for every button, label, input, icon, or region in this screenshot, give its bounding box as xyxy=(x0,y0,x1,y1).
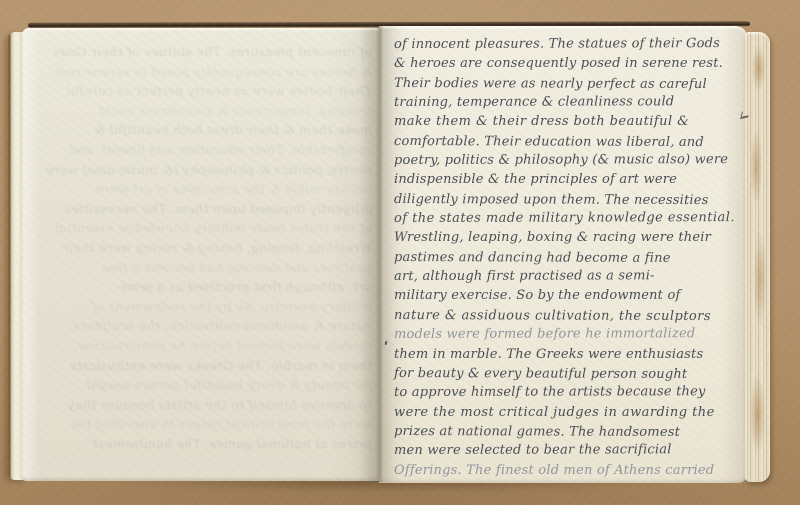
bleedthrough-line: diligently imposed upon them. The necess… xyxy=(46,199,372,219)
bleedthrough-line: of innocent pleasures. The statues of th… xyxy=(46,42,372,62)
handwritten-line: & heroes are consequently posed in seren… xyxy=(394,54,740,73)
bleedthrough-line: training, temperance & cleanliness could xyxy=(40,101,372,121)
handwritten-line: for beauty & every beautiful person soug… xyxy=(394,364,740,384)
handwritten-line: pastimes and dancing had become a fine xyxy=(394,248,740,268)
bleedthrough-line: to approve himself to the artists becaus… xyxy=(56,395,372,415)
bleedthrough-line: comfortable. Their education was liberal… xyxy=(34,140,372,160)
left-page: of innocent pleasures. The statues of th… xyxy=(22,28,379,481)
handwritten-line: Offerings. The finest old men of Athens … xyxy=(394,461,740,480)
handwritten-line: of innocent pleasures. The statues of th… xyxy=(394,34,740,54)
handwritten-line: military exercise. So by the endowment o… xyxy=(394,286,740,305)
handwritten-line: diligently imposed upon them. The necess… xyxy=(394,190,740,210)
handwritten-line: make them & their dress both beautiful & xyxy=(394,112,740,131)
bleedthrough-line: poetry, politics & philosophy (& music a… xyxy=(56,160,372,180)
handwriting-lines: of innocent pleasures. The statues of th… xyxy=(394,35,740,480)
handwritten-line: were the most critical judges in awardin… xyxy=(394,403,740,422)
handwritten-line: training, temperance & cleanliness could xyxy=(394,92,740,112)
bleedthrough-line: for beauty & every beautiful person soug… xyxy=(34,375,372,395)
handwritten-line: comfortable. Their education was liberal… xyxy=(394,132,740,152)
page-edges-right xyxy=(745,32,770,482)
bleedthrough-lines: of innocent pleasures. The statues of th… xyxy=(32,42,372,453)
handwritten-line: poetry, politics & philosophy (& music a… xyxy=(394,150,740,170)
bleedthrough-line: make them & their dress both beautiful & xyxy=(46,120,372,140)
handwritten-line: art, although first practised as a semi- xyxy=(394,266,740,286)
bleedthrough-line: military exercise. So by the endowment o… xyxy=(34,297,372,317)
bleedthrough-line: them in marble. The Greeks were enthusia… xyxy=(46,356,372,376)
bleedthrough-line: nature & assiduous cultivation, the scul… xyxy=(56,316,372,336)
handwritten-line: men were selected to bear the sacrificia… xyxy=(394,440,740,460)
bleedthrough-line: Wrestling, leaping, boxing & racing were… xyxy=(56,238,372,258)
bleedthrough-line: art, although first practised as a semi- xyxy=(46,277,372,297)
photo-backdrop: of innocent pleasures. The statues of th… xyxy=(0,0,800,505)
bleedthrough-line: prizes at national games. The handsomest xyxy=(46,434,372,454)
bleedthrough-line: & heroes are consequently posed in seren… xyxy=(34,62,372,82)
handwritten-line: Their bodies were as nearly perfect as c… xyxy=(394,74,740,94)
bleedthrough-line: were the most critical judges in awardin… xyxy=(40,414,372,434)
bleedthrough-line: Their bodies were as nearly perfect as c… xyxy=(56,81,372,101)
handwritten-line: them in marble. The Greeks were enthusia… xyxy=(394,345,740,364)
bleedthrough-line: of the states made military knowledge es… xyxy=(34,218,372,238)
handwritten-line: to approve himself to the artists becaus… xyxy=(394,382,740,402)
bleedthrough-line: indispensible & the principles of art we… xyxy=(40,179,372,199)
handwritten-line: Wrestling, leaping, boxing & racing were… xyxy=(394,228,740,247)
handwritten-line: of the states made military knowledge es… xyxy=(394,208,740,228)
handwritten-line: indispensible & the principles of art we… xyxy=(394,170,740,189)
bleedthrough-line: models were formed before he immortalize… xyxy=(40,336,372,356)
right-page: of innocent pleasures. The statues of th… xyxy=(379,26,747,483)
bleedthrough-line: pastimes and dancing had become a fine xyxy=(40,258,372,278)
handwritten-line: nature & assiduous cultivation, the scul… xyxy=(394,306,740,326)
handwritten-line: models were formed before he immortalize… xyxy=(394,324,740,344)
